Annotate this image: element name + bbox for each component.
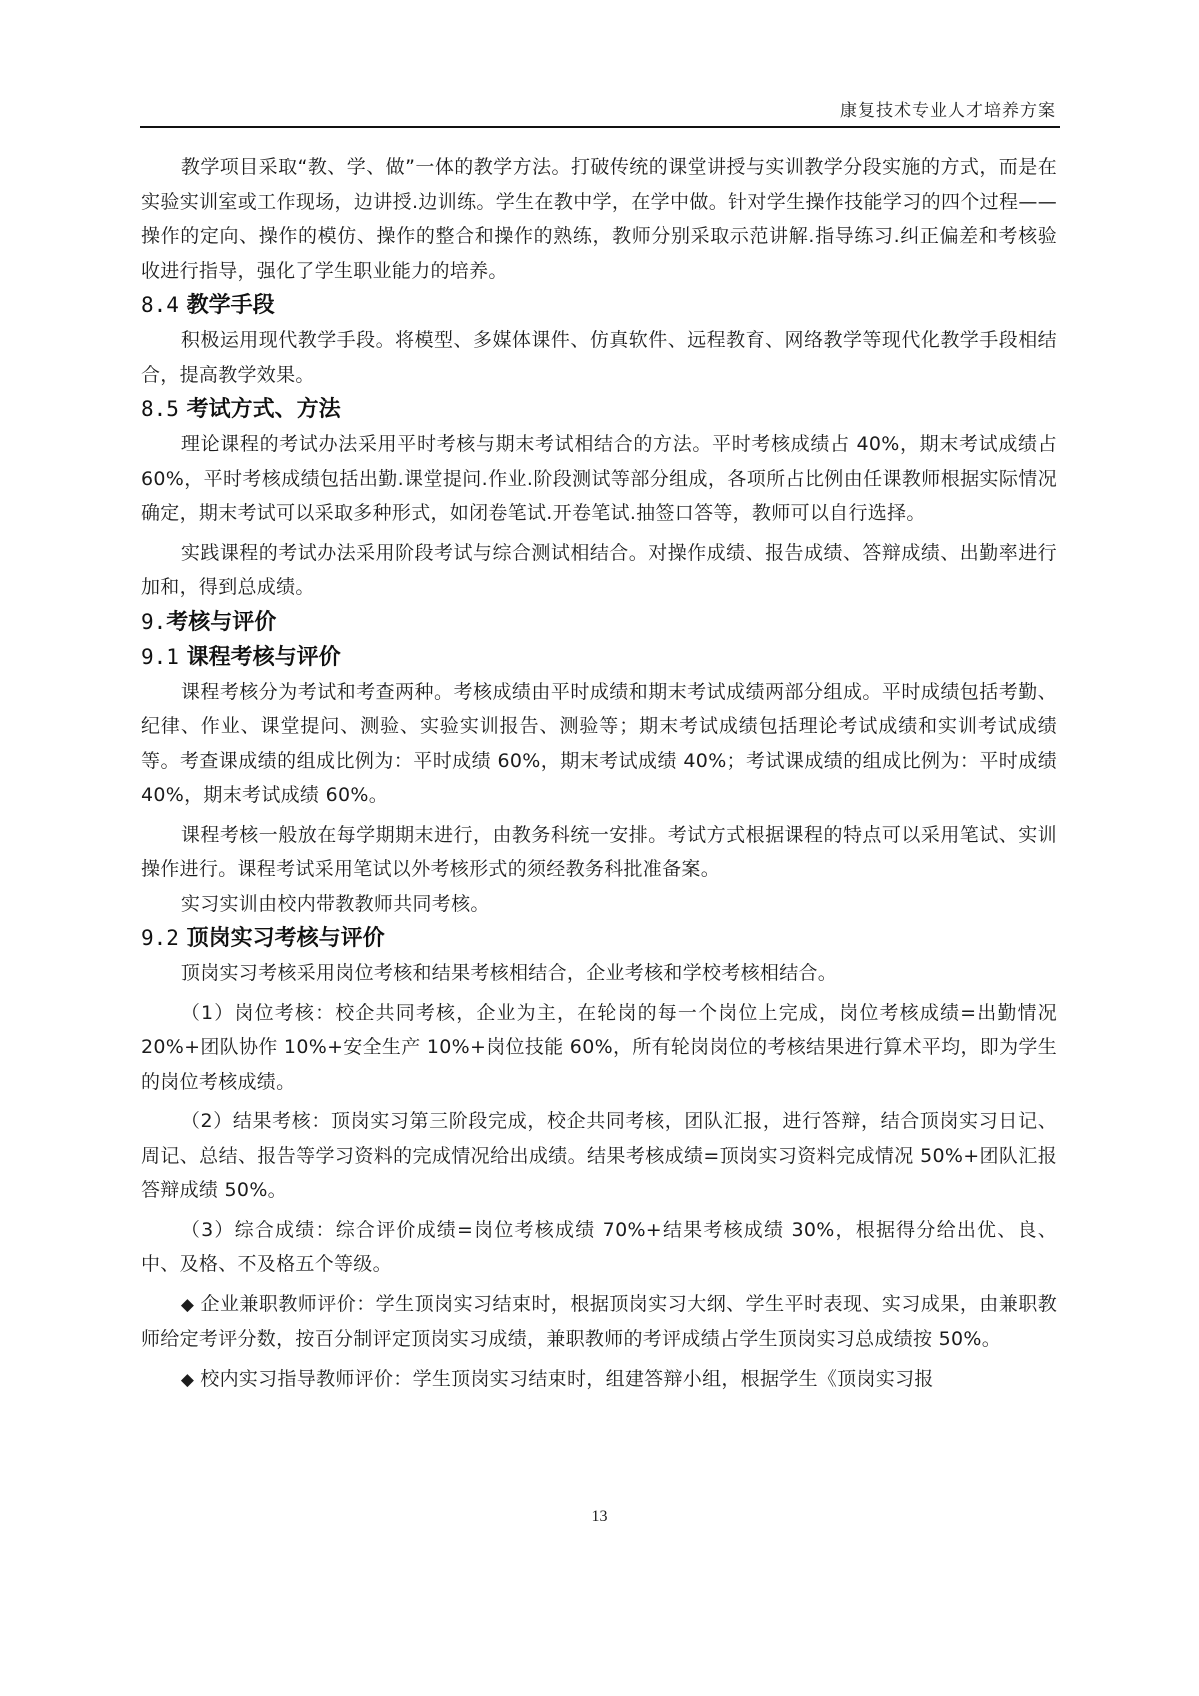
paragraph-course-assessment: 课程考核分为考试和考查两种。考核成绩由平时成绩和期末考试成绩两部分组成。平时成绩… — [141, 675, 1057, 813]
paragraph-internship-assessment: 顶岗实习考核采用岗位考核和结果考核相结合，企业考核和学校考核相结合。 — [141, 956, 1057, 991]
paragraph-teaching-means: 积极运用现代教学手段。将模型、多媒体课件、仿真软件、远程教育、网络教学等现代化教… — [141, 323, 1057, 392]
bullet-text: 校内实习指导教师评价：学生顶岗实习结束时，组建答辩小组，根据学生《顶岗实习报 — [200, 1368, 933, 1390]
paragraph-enterprise-teacher-evaluation: ◆企业兼职教师评价：学生顶岗实习结束时，根据顶岗实习大纲、学生平时表现、实习成果… — [141, 1287, 1057, 1357]
page-number: 13 — [0, 1508, 1199, 1526]
heading-8-4: 8.4 教学手段 — [141, 288, 1057, 323]
document-title: 康复技术专业人才培养方案 — [840, 96, 1056, 121]
paragraph-school-teacher-evaluation: ◆校内实习指导教师评价：学生顶岗实习结束时，组建答辩小组，根据学生《顶岗实习报 — [141, 1362, 1057, 1398]
paragraph-practice-exam: 实践课程的考试办法采用阶段考试与综合测试相结合。对操作成绩、报告成绩、答辩成绩、… — [141, 536, 1057, 605]
heading-9-2: 9.2 顶岗实习考核与评价 — [141, 921, 1057, 956]
paragraph-overall-score: （3）综合成绩：综合评价成绩=岗位考核成绩 70%+结果考核成绩 30%，根据得… — [141, 1213, 1057, 1282]
paragraph-assessment-schedule: 课程考核一般放在每学期期末进行，由教务科统一安排。考试方式根据课程的特点可以采用… — [141, 818, 1057, 887]
page-content: 教学项目采取“教、学、做”一体的教学方法。打破传统的课堂讲授与实训教学分段实施的… — [141, 150, 1057, 1397]
heading-number: 9. — [141, 610, 166, 634]
page-header: 康复技术专业人才培养方案 — [140, 96, 1060, 128]
heading-number: 8.5 — [141, 397, 179, 421]
diamond-bullet-icon: ◆ — [181, 1295, 195, 1315]
heading-8-5: 8.5 考试方式、方法 — [141, 392, 1057, 427]
paragraph-position-assessment: （1）岗位考核：校企共同考核，企业为主，在轮岗的每一个岗位上完成，岗位考核成绩=… — [141, 996, 1057, 1100]
paragraph-result-assessment: （2）结果考核：顶岗实习第三阶段完成，校企共同考核，团队汇报，进行答辩，结合顶岗… — [141, 1104, 1057, 1208]
paragraph-teaching-method: 教学项目采取“教、学、做”一体的教学方法。打破传统的课堂讲授与实训教学分段实施的… — [141, 150, 1057, 288]
heading-text: 考试方式、方法 — [187, 397, 341, 422]
heading-9-1: 9.1 课程考核与评价 — [141, 640, 1057, 675]
heading-number: 8.4 — [141, 293, 179, 317]
diamond-bullet-icon: ◆ — [181, 1370, 194, 1390]
paragraph-internship-training: 实习实训由校内带教教师共同考核。 — [141, 887, 1057, 922]
bullet-text: 企业兼职教师评价：学生顶岗实习结束时，根据顶岗实习大纲、学生平时表现、实习成果，… — [141, 1293, 1057, 1351]
heading-text: 顶岗实习考核与评价 — [187, 926, 385, 951]
heading-text: 课程考核与评价 — [187, 645, 341, 670]
heading-text: 教学手段 — [187, 293, 275, 318]
heading-9: 9.考核与评价 — [141, 605, 1057, 640]
paragraph-theory-exam: 理论课程的考试办法采用平时考核与期末考试相结合的方法。平时考核成绩占 40%，期… — [141, 427, 1057, 531]
heading-number: 9.1 — [141, 645, 179, 669]
heading-text: 考核与评价 — [166, 610, 276, 635]
heading-number: 9.2 — [141, 926, 179, 950]
